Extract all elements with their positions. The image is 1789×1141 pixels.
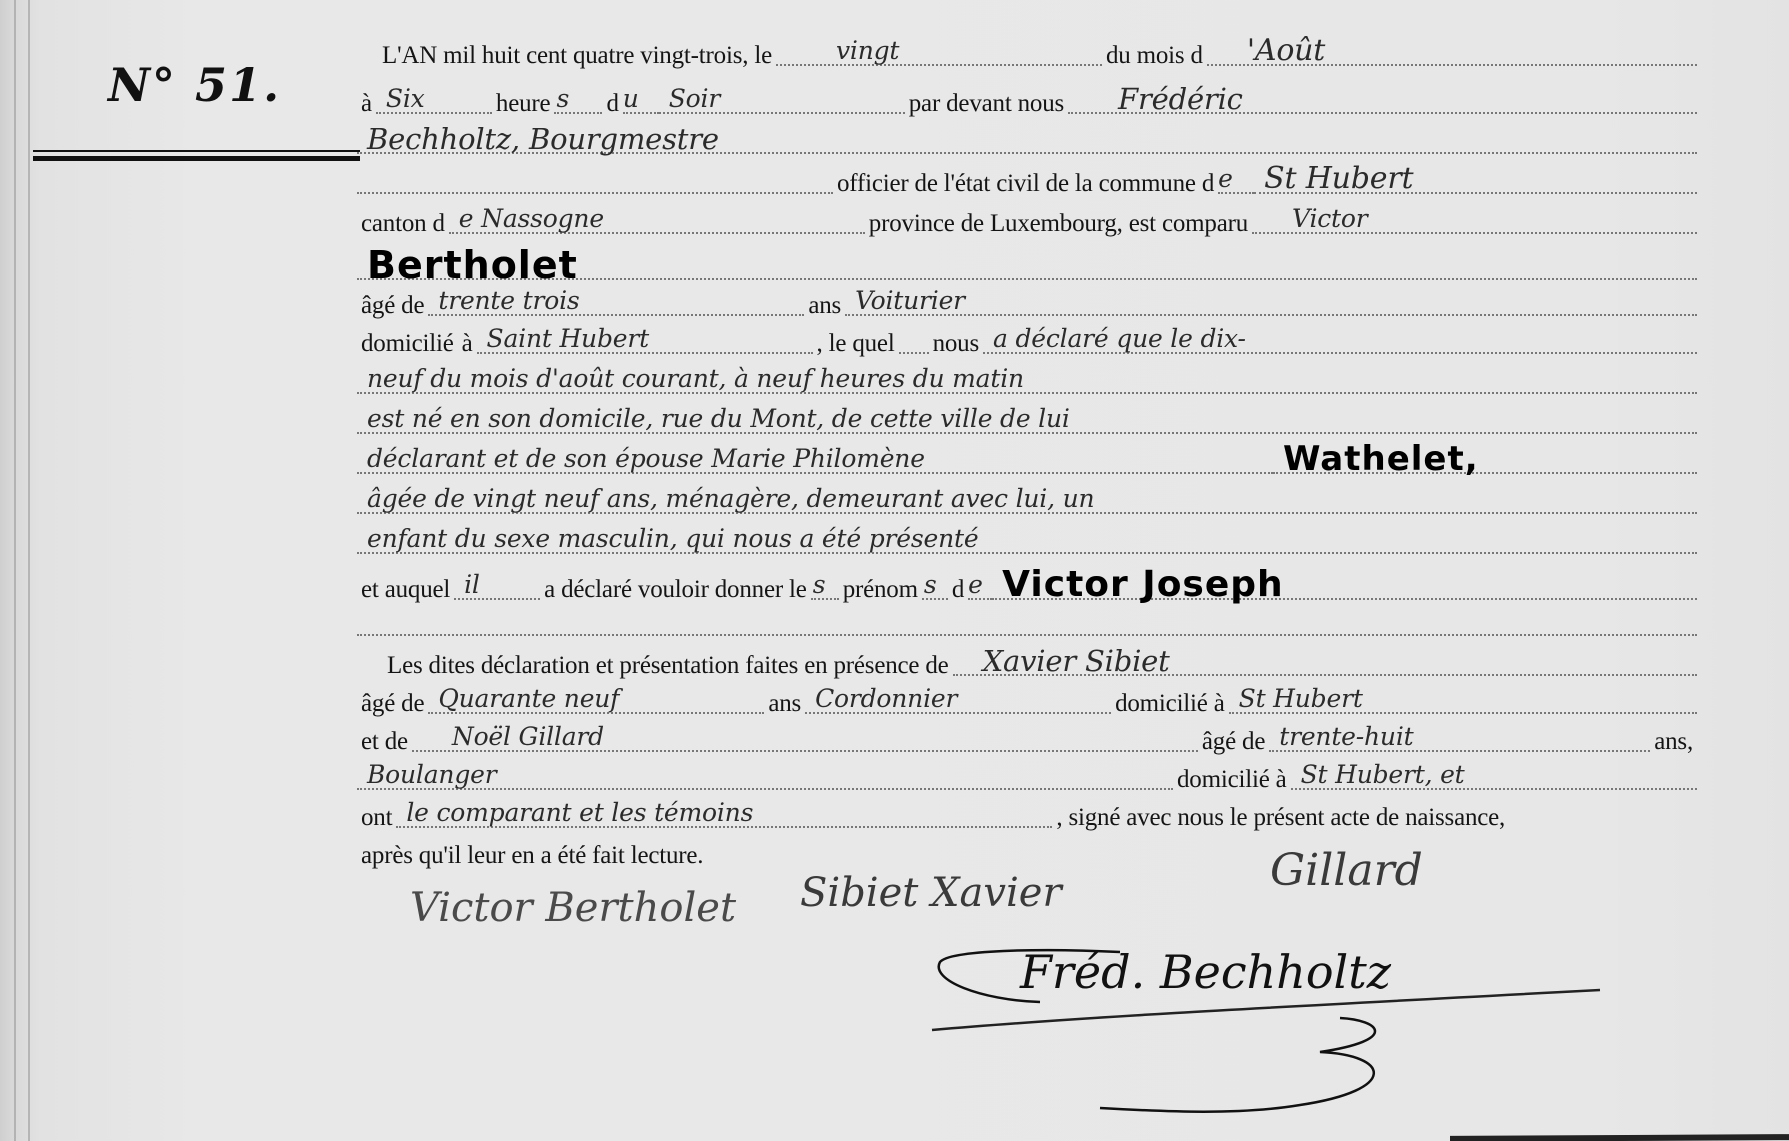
line-declaration: neuf du mois d'août courant, à neuf heur… xyxy=(357,358,1697,398)
commune-field: St Hubert xyxy=(1254,166,1697,194)
names-count-field: s xyxy=(811,572,839,600)
printed-text: domicilié à xyxy=(1111,690,1229,718)
signature-witness1: Sibiet Xavier xyxy=(800,870,1062,916)
hour-field: Six xyxy=(376,86,492,114)
witness1-name-field: Xavier Sibiet xyxy=(953,648,1697,676)
register-page: N° 51. L'AN mil huit cent quatre vingt-t… xyxy=(0,0,1789,1141)
given-names-field: Victor Joseph xyxy=(992,572,1697,600)
printed-text: par devant nous xyxy=(905,90,1068,118)
declaration-text-field: enfant du sexe masculin, qui nous a été … xyxy=(357,526,1697,554)
officer-name-field: Bechholtz, Bourgmestre xyxy=(357,126,1697,154)
act-number: N° 51. xyxy=(108,58,281,112)
signature-witness2: Gillard xyxy=(1270,845,1423,896)
subject-field: il xyxy=(454,572,540,600)
printed-text: ont xyxy=(357,804,396,832)
witness1-occupation-field: Cordonnier xyxy=(805,686,1111,714)
declaration-text-field: est né en son domicile, rue du Mont, de … xyxy=(357,406,1697,434)
line-declarant-domicile: domicilié à Saint Hubert , le quel nous … xyxy=(357,318,1697,358)
line-witness1: Les dites déclaration et présentation fa… xyxy=(357,640,1697,680)
line-declaration: âgée de vingt neuf ans, ménagère, demeur… xyxy=(357,478,1697,518)
printed-text: , signé avec nous le présent acte de nai… xyxy=(1052,804,1509,832)
daypart-field: Soir xyxy=(659,86,905,114)
month-field: 'Août xyxy=(1207,38,1697,66)
daypart-prefix-field: u xyxy=(623,86,659,114)
witness1-domicile-field: St Hubert xyxy=(1229,686,1697,714)
line-declaration: est né en son domicile, rue du Mont, de … xyxy=(357,398,1697,438)
declarant-age-field: trente trois xyxy=(428,288,804,316)
line-officer: Bechholtz, Bourgmestre xyxy=(357,118,1697,158)
printed-text: d xyxy=(602,90,622,118)
witness2-domicile-field: St Hubert, et xyxy=(1291,762,1697,790)
blank-field xyxy=(899,352,929,354)
page-edge xyxy=(1450,1134,1789,1141)
printed-text: heure xyxy=(492,90,555,118)
blank-field xyxy=(357,192,833,194)
act-number-rule xyxy=(33,150,360,152)
printed-text: âgé de xyxy=(1198,728,1269,756)
printed-text: nous xyxy=(929,330,983,358)
binding-line xyxy=(28,0,30,1141)
witness2-name-field: Noël Gillard xyxy=(412,724,1198,752)
printed-text: ans, xyxy=(1650,728,1697,756)
witness2-age-field: trente-huit xyxy=(1269,724,1650,752)
declarant-first-name-field: Victor xyxy=(1252,206,1697,234)
line-given-names: et auquel il a déclaré vouloir donner le… xyxy=(357,560,1697,604)
line-reading: après qu'il leur en a été fait lecture. xyxy=(357,830,1697,870)
binding-line xyxy=(14,0,16,1141)
declaration-text-field: neuf du mois d'août courant, à neuf heur… xyxy=(357,366,1697,394)
declaration-text-field: âgée de vingt neuf ans, ménagère, demeur… xyxy=(357,486,1697,514)
signature-declarant: Victor Bertholet xyxy=(410,885,736,931)
hour-plural-field: s xyxy=(554,86,602,114)
given-names-prefix-field: e xyxy=(968,572,992,600)
line-date: L'AN mil huit cent quatre vingt-trois, l… xyxy=(357,30,1697,70)
signers-field: le comparant et les témoins xyxy=(396,800,1052,828)
printed-text: , le quel xyxy=(813,330,899,358)
printed-text: officier de l'état civil de la commune d xyxy=(833,170,1218,198)
printed-text: domicilié à xyxy=(1173,766,1291,794)
printed-text: et de xyxy=(357,728,412,756)
printed-text: L'AN mil huit cent quatre vingt-trois, l… xyxy=(357,42,776,70)
line-witness2: et de Noël Gillard âgé de trente-huit an… xyxy=(357,716,1697,756)
witness1-age-field: Quarante neuf xyxy=(428,686,764,714)
line-signing: ont le comparant et les témoins , signé … xyxy=(357,792,1697,832)
witness2-occupation-field: Boulanger xyxy=(357,762,1173,790)
canton-field: e Nassogne xyxy=(449,206,865,234)
officer-first-field: Frédéric xyxy=(1068,86,1697,114)
mother-surname-field: Wathelet, xyxy=(1273,446,1697,474)
line-witness1-details: âgé de Quarante neuf ans Cordonnier domi… xyxy=(357,678,1697,718)
printed-text: province de Luxembourg, est comparu xyxy=(865,210,1252,238)
line-declaration: enfant du sexe masculin, qui nous a été … xyxy=(357,518,1697,558)
line-declarant-age: âgé de trente trois ans Voiturier xyxy=(357,280,1697,320)
printed-text: Les dites déclaration et présentation fa… xyxy=(357,652,953,680)
printed-text: après qu'il leur en a été fait lecture. xyxy=(357,842,707,870)
commune-prefix-field: e xyxy=(1218,166,1254,194)
printed-text: à xyxy=(357,90,376,118)
line-canton: canton d e Nassogne province de Luxembou… xyxy=(357,198,1697,238)
line-commune: officier de l'état civil de la commune d… xyxy=(357,158,1697,198)
line-blank xyxy=(357,600,1697,640)
line-witness2-details: Boulanger domicilié à St Hubert, et xyxy=(357,754,1697,794)
day-field: vingt xyxy=(776,38,1102,66)
printed-text: du mois d xyxy=(1102,42,1207,70)
printed-text: canton d xyxy=(357,210,449,238)
printed-text: à xyxy=(458,330,477,358)
printed-text: âgé de xyxy=(357,292,428,320)
names-plural-field: s xyxy=(922,572,948,600)
declarant-occupation-field: Voiturier xyxy=(845,288,1697,316)
line-hour: à Six heure s d u Soir par devant nous F… xyxy=(357,78,1697,118)
printed-text: ans xyxy=(764,690,805,718)
declaration-text-field: a déclaré que le dix- xyxy=(983,326,1697,354)
printed-text: ans xyxy=(804,292,845,320)
signature-flourish-icon xyxy=(920,940,1620,1120)
act-number-rule xyxy=(33,156,360,161)
declarant-surname-field: Bertholet xyxy=(357,252,1697,280)
printed-text: domicilié xyxy=(357,330,458,358)
blank-field xyxy=(357,634,1697,636)
declaration-text-field: déclarant et de son épouse Marie Philomè… xyxy=(357,446,1273,474)
printed-text: âgé de xyxy=(357,690,428,718)
line-declaration: déclarant et de son épouse Marie Philomè… xyxy=(357,438,1697,478)
declarant-domicile-field: Saint Hubert xyxy=(477,326,813,354)
line-declarant-surname: Bertholet xyxy=(357,240,1697,284)
